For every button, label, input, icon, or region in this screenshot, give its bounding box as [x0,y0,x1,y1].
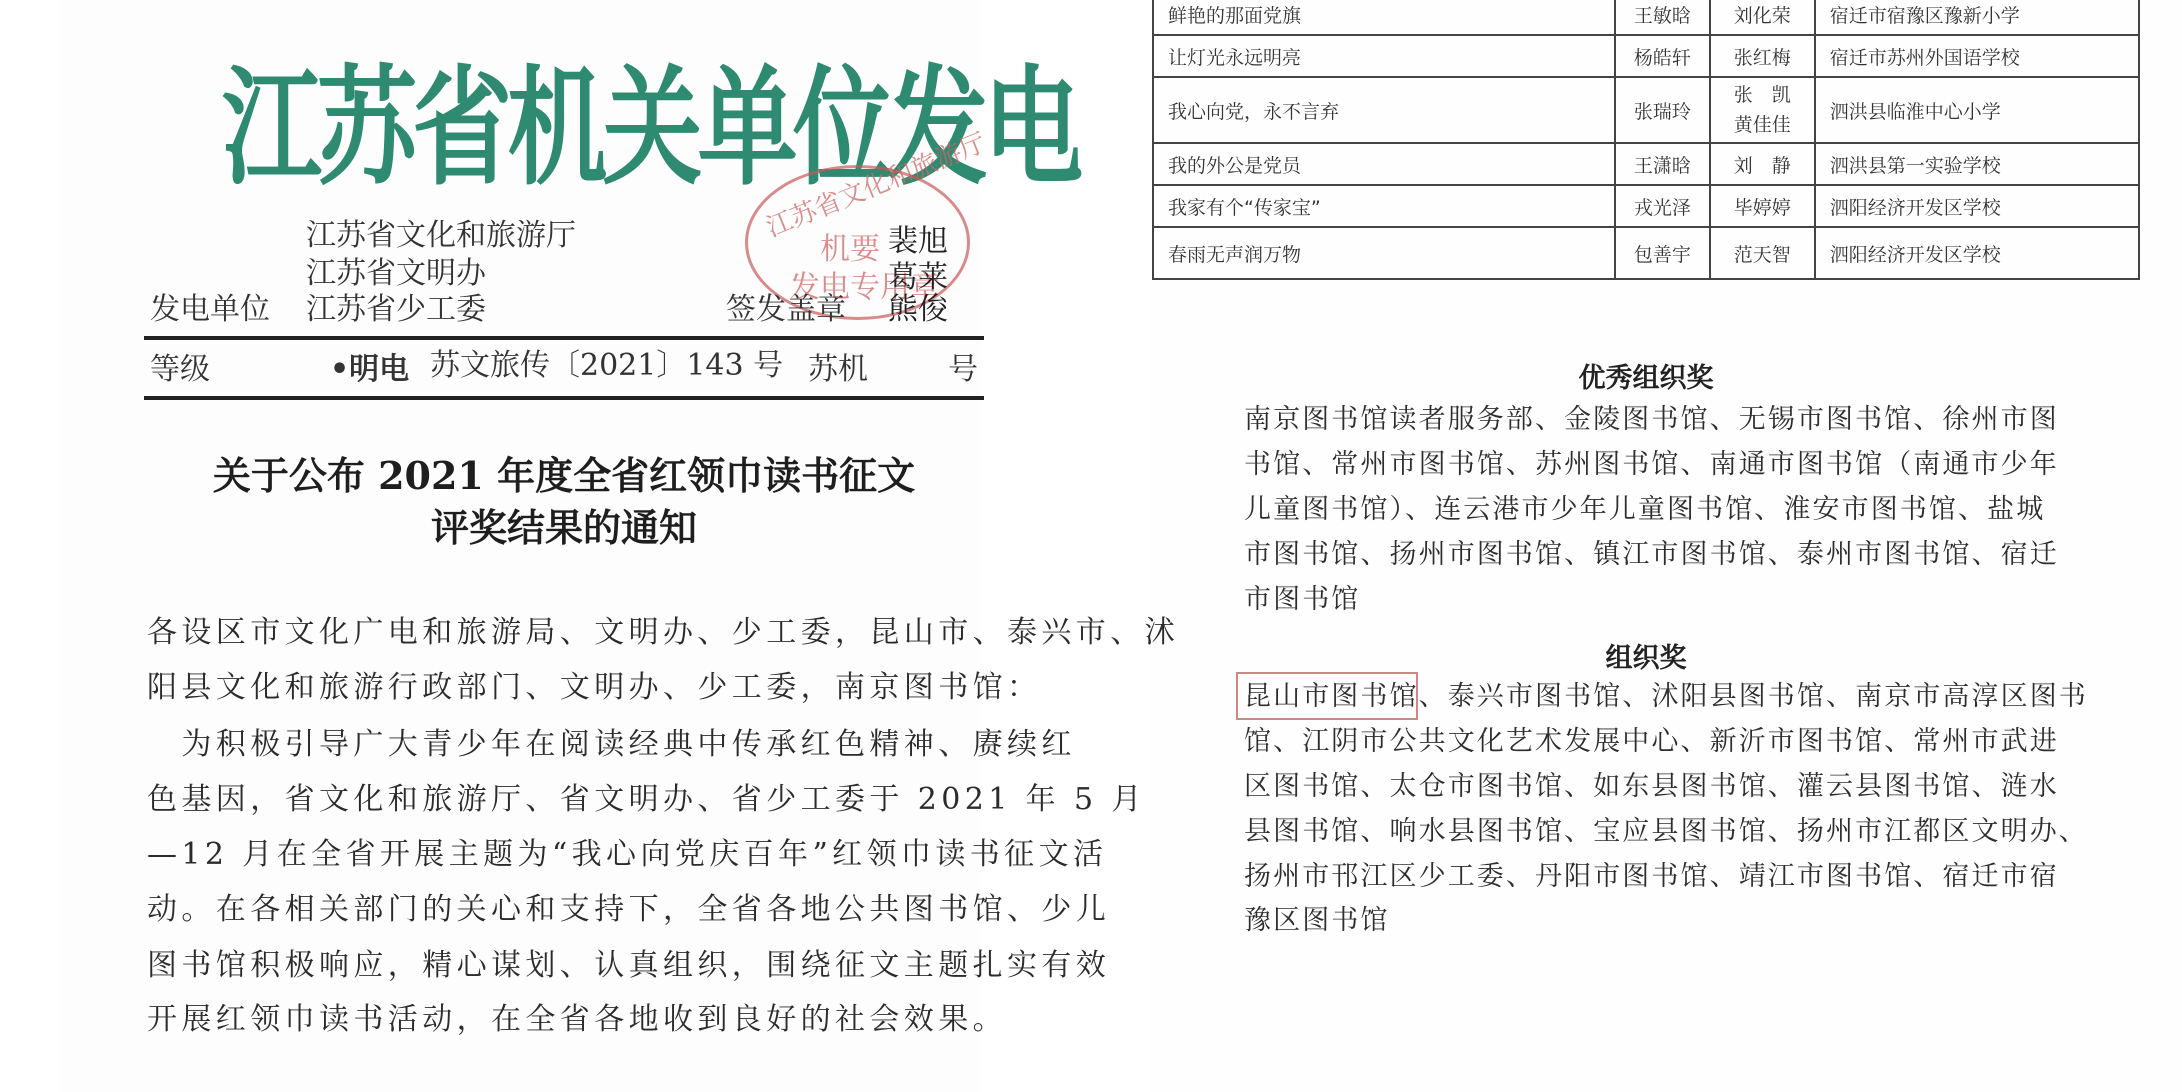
table-row: 我家有个“传家宝” 戎光泽 毕婷婷 泗阳经济开发区学校 [1153,185,2139,227]
sender-label: 发电单位 [150,292,270,328]
award-list-line: 扬州市邗江区少工委、丹阳市图书馆、靖江市图书馆、宿迁市宿 [1244,860,2059,894]
body-line: 为积极引导广大青少年在阅读经典中传承红色精神、赓续红 [147,727,1076,763]
sender-unit-1: 江苏省文化和旅游厅 [306,218,576,254]
grade-label: 等级 [150,352,210,388]
school-cell: 泗阳经济开发区学校 [1815,227,2139,279]
essay-title-cell: 我家有个“传家宝” [1153,185,1615,227]
body-line: 动。在各相关部门的关心和支持下，全省各地公共图书馆、少儿 [147,892,1110,928]
award-list-line: 馆、江阴市公共文化艺术发展中心、新沂市图书馆、常州市武进 [1244,725,2059,759]
table-row: 鲜艳的那面党旗 王敏晗 刘化荣 宿迁市宿豫区豫新小学 [1153,0,2139,35]
table-row: 让灯光永远明亮 杨皓轩 张红梅 宿迁市苏州外国语学校 [1153,35,2139,77]
teacher-cell: 张 凯 黄佳佳 [1710,77,1815,143]
award-list-line: 区图书馆、太仓市图书馆、如东县图书馆、灌云县图书馆、涟水 [1244,770,2059,804]
school-cell: 宿迁市宿豫区豫新小学 [1815,0,2139,35]
organization-award-heading: 组织奖 [1152,636,2140,675]
sender-unit-3: 江苏省少工委 [306,292,486,328]
sender-unit-2: 江苏省文明办 [306,256,486,292]
award-list-line: 豫区图书馆 [1244,904,1390,938]
award-list-line: 书馆、常州市图书馆、苏州图书馆、南通市图书馆（南通市少年 [1244,448,2059,482]
highlighted-library: 昆山市图书馆 [1244,681,1419,712]
signer-label: 签发盖章 [726,292,846,328]
body-line: 图书馆积极响应，精心谋划、认真组织，围绕征文主题扎实有效 [147,948,1110,984]
signer-2: 葛莱 [888,260,948,296]
school-cell: 宿迁市苏州外国语学校 [1815,35,2139,77]
table-row: 春雨无声润万物 包善宇 范天智 泗阳经济开发区学校 [1153,227,2139,279]
signer-1: 裴旭 [888,224,948,260]
teacher-cell: 张红梅 [1710,35,1815,77]
school-cell: 泗阳经济开发区学校 [1815,185,2139,227]
award-list-line: 南京图书馆读者服务部、金陵图书馆、无锡市图书馆、徐州市图 [1244,403,2059,437]
signer-3: 熊俊 [888,292,948,328]
teacher-cell: 刘化荣 [1710,0,1815,35]
essay-title-cell: 春雨无声润万物 [1153,227,1615,279]
masthead-title: 江苏省机关单位发电 [222,58,1078,198]
essay-title-cell: 让灯光永远明亮 [1153,35,1615,77]
body-line: 开展红领巾读书活动，在全省各地收到良好的社会效果。 [147,1002,1007,1038]
notice-title-line-1: 关于公布 2021 年度全省红领巾读书征文 [144,450,984,502]
body-line: 各设区市文化广电和旅游局、文明办、少工委，昆山市、泰兴市、沭 [147,615,1179,651]
header-rule-bottom [144,396,984,400]
machine-label: 苏机 [808,352,868,388]
author-cell: 戎光泽 [1615,185,1710,227]
teacher-cell: 范天智 [1710,227,1815,279]
teacher-cell: 刘 静 [1710,143,1815,185]
award-list-rest: 、泰兴市图书馆、沭阳县图书馆、南京市高淳区图书 [1419,681,2088,712]
teacher-cell: 毕婷婷 [1710,185,1815,227]
author-cell: 王敏晗 [1615,0,1710,35]
grade-value: •明电 [330,352,409,388]
author-cell: 杨皓轩 [1615,35,1710,77]
award-list-line: 儿童图书馆）、连云港市少年儿童图书馆、淮安市图书馆、盐城 [1244,493,2045,527]
essay-title-cell: 我心向党，永不言弃 [1153,77,1615,143]
school-cell: 泗洪县第一实验学校 [1815,143,2139,185]
excellent-organization-award-heading: 优秀组织奖 [1152,356,2140,395]
table-row: 我心向党，永不言弃 张瑞玲 张 凯 黄佳佳 泗洪县临淮中心小学 [1153,77,2139,143]
document-number: 苏文旅传〔2021〕143 号 [430,348,783,384]
notice-title-line-2: 评奖结果的通知 [144,502,984,554]
machine-number-suffix: 号 [948,352,978,388]
header-rule-top [144,336,984,340]
table-row: 我的外公是党员 王潇晗 刘 静 泗洪县第一实验学校 [1153,143,2139,185]
body-line: 阳县文化和旅游行政部门、文明办、少工委，南京图书馆： [147,670,1041,706]
award-list-line: 县图书馆、响水县图书馆、宝应县图书馆、扬州市江都区文明办、 [1244,815,2088,849]
author-cell: 张瑞玲 [1615,77,1710,143]
body-line: 色基因，省文化和旅游厅、省文明办、省少工委于 2021 年 5 月 [147,782,1146,818]
award-list-line-first: 昆山市图书馆、泰兴市图书馆、沭阳县图书馆、南京市高淳区图书 [1244,680,2088,714]
essay-title-cell: 鲜艳的那面党旗 [1153,0,1615,35]
award-winners-table: 鲜艳的那面党旗 王敏晗 刘化荣 宿迁市宿豫区豫新小学 让灯光永远明亮 杨皓轩 张… [1152,0,2140,280]
author-cell: 王潇晗 [1615,143,1710,185]
essay-title-cell: 我的外公是党员 [1153,143,1615,185]
award-list-line: 市图书馆、扬州市图书馆、镇江市图书馆、泰州市图书馆、宿迁 [1244,538,2059,572]
body-line: —12 月在全省开展主题为“我心向党庆百年”红领巾读书征文活 [147,837,1107,873]
author-cell: 包善宇 [1615,227,1710,279]
school-cell: 泗洪县临淮中心小学 [1815,77,2139,143]
award-list-line: 市图书馆 [1244,583,1360,617]
